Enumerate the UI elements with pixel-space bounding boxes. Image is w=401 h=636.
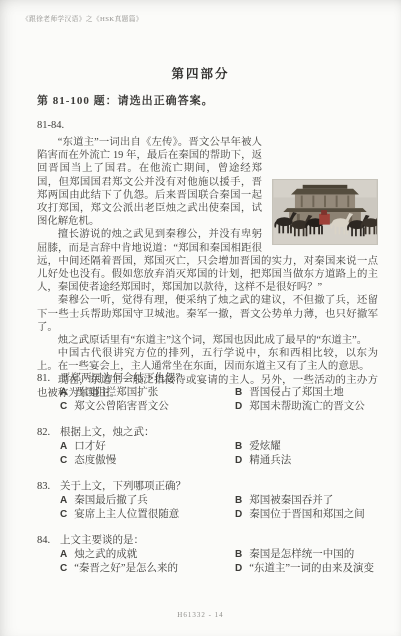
option-text: “东道主”一词的由来及演变 [249,563,374,574]
option-label: A [60,387,67,398]
options-grid: A口才好 B爱炫耀 C态度傲慢 D精通兵法 [60,440,382,468]
options-grid: A秦国最后撤了兵 B郑国被秦国吞并了 C宴席上主人位置很随意 D秦国位于晋国和郑… [60,494,382,522]
option-label: B [235,441,242,452]
option-a: A口才好 [60,440,235,454]
option-a: A秦国最后撤了兵 [60,494,235,508]
passage-paragraph: 中国古代很讲究方位的排列，五行学说中，东和西相比较，以东为上。在一些宴会上，主人… [37,347,378,373]
option-label: C [60,455,67,466]
option-text: 精通兵法 [249,455,291,466]
option-text: 烛之武的成就 [74,549,137,560]
option-text: 郑国未帮助流亡的晋文公 [249,401,365,412]
options-grid: A晋国阻拦郑国扩张 B晋国侵占了郑国土地 C郑文公曾陷害晋文公 D郑国未帮助流亡… [60,386,382,414]
option-text: “秦晋之好”是怎么来的 [74,563,178,574]
option-label: B [235,387,242,398]
option-label: A [60,495,67,506]
option-c: C郑文公曾陷害晋文公 [60,400,235,414]
option-d: D精通兵法 [235,454,382,468]
option-label: B [235,549,242,560]
option-label: A [60,441,67,452]
option-label: D [235,401,242,412]
option-label: D [235,455,242,466]
option-b: B郑国被秦国吞并了 [235,494,382,508]
option-c: C宴席上主人位置很随意 [60,508,235,522]
option-label: B [235,495,242,506]
option-label: C [60,563,67,574]
question-stem: 上文主要谈的是： [60,534,144,548]
option-text: 郑国被秦国吞并了 [249,495,333,506]
passage-paragraph: 秦穆公一听，觉得有理，便采纳了烛之武的建议，不但撤了兵，还留下一些士兵帮助郑国守… [37,294,378,334]
passage-paragraph: 烛之武原话里有“东道主”这个词，郑国也因此成了最早的“东道主”。 [37,334,378,347]
passage-photo [272,179,378,245]
option-label: C [60,509,67,520]
option-b: B爱炫耀 [235,440,382,454]
question-81: 81. 晋郑两国为何会结下仇怨？ A晋国阻拦郑国扩张 B晋国侵占了郑国土地 C郑… [37,372,382,414]
option-label: A [60,549,67,560]
booklet-title: 《跟徐老师学汉语》之《HSK真题篇》 [22,13,143,23]
option-d: D秦国位于晋国和郑国之间 [235,508,382,522]
horse-statues-photo-graphic [273,180,377,244]
page-code: H61332 - 14 [0,611,401,619]
option-text: 爱炫耀 [249,441,281,452]
option-a: A烛之武的成就 [60,548,235,562]
section-instruction: 第 81-100 题：请选出正确答案。 [37,92,214,108]
questions-section: 81. 晋郑两国为何会结下仇怨？ A晋国阻拦郑国扩张 B晋国侵占了郑国土地 C郑… [37,372,382,588]
question-number: 82. [37,426,60,440]
options-grid: A烛之武的成就 B秦国是怎样统一中国的 C“秦晋之好”是怎么来的 D“东道主”一… [60,548,382,576]
option-b: B晋国侵占了郑国土地 [235,386,382,400]
option-c: C态度傲慢 [60,454,235,468]
option-text: 晋国侵占了郑国土地 [249,387,344,398]
reading-passage: “东道主”一词出自《左传》。晋文公早年被人陷害而在外流亡 19 年，最后在秦国的… [37,136,378,400]
option-text: 秦国是怎样统一中国的 [249,549,354,560]
option-text: 态度傲慢 [74,455,116,466]
question-stem: 关于上文，下列哪项正确？ [60,480,186,494]
option-text: 秦国最后撤了兵 [74,495,148,506]
option-label: C [60,401,67,412]
question-stem: 根据上文，烛之武： [60,426,155,440]
option-text: 郑文公曾陷害晋文公 [74,401,169,412]
option-c: C“秦晋之好”是怎么来的 [60,562,235,576]
option-label: D [235,509,242,520]
item-range-label: 81-84. [37,120,64,131]
part-title: 第四部分 [0,64,401,82]
question-number: 81. [37,372,60,386]
scanned-test-page: 《跟徐老师学汉语》之《HSK真题篇》 第四部分 第 81-100 题：请选出正确… [0,0,401,636]
question-number: 84. [37,534,60,548]
question-84: 84. 上文主要谈的是： A烛之武的成就 B秦国是怎样统一中国的 C“秦晋之好”… [37,534,382,576]
option-text: 晋国阻拦郑国扩张 [74,387,158,398]
option-text: 口才好 [74,441,106,452]
option-label: D [235,563,242,574]
question-82: 82. 根据上文，烛之武： A口才好 B爱炫耀 C态度傲慢 D精通兵法 [37,426,382,468]
option-text: 秦国位于晋国和郑国之间 [249,509,365,520]
question-stem: 晋郑两国为何会结下仇怨？ [60,372,186,386]
option-d: D郑国未帮助流亡的晋文公 [235,400,382,414]
question-83: 83. 关于上文，下列哪项正确？ A秦国最后撤了兵 B郑国被秦国吞并了 C宴席上… [37,480,382,522]
question-number: 83. [37,480,60,494]
option-b: B秦国是怎样统一中国的 [235,548,382,562]
option-d: D“东道主”一词的由来及演变 [235,562,382,576]
option-a: A晋国阻拦郑国扩张 [60,386,235,400]
option-text: 宴席上主人位置很随意 [74,509,179,520]
